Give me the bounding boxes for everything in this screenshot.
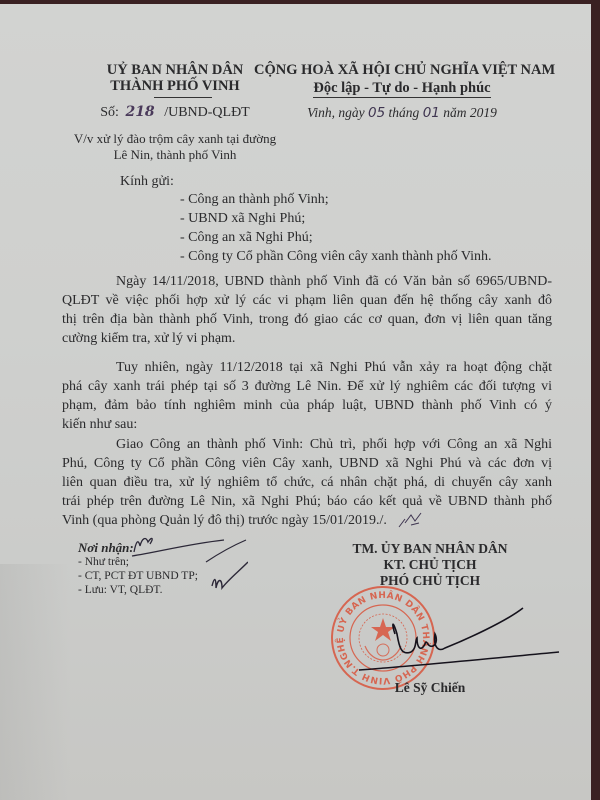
issuing-agency-line2: THÀNH PHỐ VINH (80, 78, 270, 95)
date-day: 05 (368, 105, 385, 121)
subject-line2: Lê Nin, thành phố Vinh (60, 147, 290, 163)
date-place: Vinh, ngày (307, 105, 365, 120)
initial-scribble-icon (397, 509, 427, 531)
handwritten-signature-icon (355, 594, 565, 679)
paragraph-line: phạm, đảm bảo tính nghiêm minh của pháp … (62, 396, 552, 415)
subject-line1: V/v xử lý đào trộm cây xanh tại đường (60, 131, 290, 147)
paragraph-line: Ngày 14/11/2018, UBND thành phố Vinh đã … (62, 272, 552, 291)
date-month: 01 (423, 105, 440, 121)
initials-signature-icon (128, 534, 248, 609)
motto-text: Độc lập - Tự do - Hạnh phúc (313, 80, 490, 98)
document-number-handwritten: 218 (125, 104, 154, 120)
national-title: CỘNG HOÀ XÃ HỘI CHỦ NGHĨA VIỆT NAM (254, 62, 550, 79)
national-motto: Độc lập - Tự do - Hạnh phúc (254, 80, 550, 97)
paragraph-line: trái phép trên đường Lê Nin, xã Nghi Phú… (62, 492, 552, 511)
body-paragraph-1: Ngày 14/11/2018, UBND thành phố Vinh đã … (62, 272, 552, 348)
signature-line1: TM. ỦY BAN NHÂN DÂN (330, 541, 530, 557)
paragraph-line: phá cây xanh trái phép tại số 3 đường Lê… (62, 377, 552, 396)
date-month-label: tháng (389, 105, 420, 120)
recipient-item: - UBND xã Nghi Phú; (180, 211, 305, 227)
recipient-item: - Công an thành phố Vinh; (180, 192, 329, 208)
paragraph-line: Giao Công an thành phố Vinh: Chủ trì, ph… (62, 435, 552, 454)
document-number-label: Số: (100, 105, 119, 120)
document-date: Vinh, ngày 05 tháng 01 năm 2019 (254, 105, 550, 121)
date-year: 2019 (470, 105, 497, 120)
paragraph-line: cường kiểm tra, xử lý vi phạm. (62, 329, 552, 348)
paragraph-line: liên quan điều tra, xử lý nghiêm tổ chức… (62, 473, 552, 492)
signer-name: Lê Sỹ Chiến (330, 680, 530, 696)
paragraph-line: Tuy nhiên, ngày 11/12/2018 tại xã Nghi P… (62, 358, 552, 377)
paragraph-line: kiến như sau: (62, 415, 552, 434)
recipient-item: - Công ty Cổ phần Công viên cây xanh thà… (180, 249, 492, 265)
paragraph-line: Vinh (qua phòng Quản lý đô thị) trước ng… (62, 511, 552, 530)
paragraph-line: thị trên địa bàn thành phố Vinh, trong đ… (62, 310, 552, 329)
body-paragraph-3: Giao Công an thành phố Vinh: Chủ trì, ph… (62, 435, 552, 530)
signature-line2: KT. CHỦ TỊCH (330, 557, 530, 573)
paragraph-line: QLĐT về việc phối hợp xử lý các vi phạm … (62, 291, 552, 310)
issuing-agency-line1: UỶ BAN NHÂN DÂN (80, 62, 270, 79)
document-page: UỶ BAN NHÂN DÂN THÀNH PHỐ VINH Số: 218 /… (0, 4, 591, 800)
agency-underline (154, 97, 212, 98)
issuing-agency-city: THÀNH PHỐ VINH (110, 78, 239, 94)
date-year-label: năm (443, 105, 466, 120)
document-number: Số: 218 /UBND-QLĐT (85, 104, 265, 121)
recipient-item: - Công an xã Nghi Phú; (180, 230, 313, 246)
document-number-code: /UBND-QLĐT (164, 105, 250, 120)
recipients-label: Kính gửi: (120, 174, 174, 190)
receiver-item: - Như trên; (78, 556, 129, 568)
body-paragraph-2: Tuy nhiên, ngày 11/12/2018 tại xã Nghi P… (62, 358, 552, 434)
paragraph-line: Phú, Công ty Cổ phần Công viên Cây xanh,… (62, 454, 552, 473)
receivers-title: Nơi nhận: (78, 540, 134, 556)
